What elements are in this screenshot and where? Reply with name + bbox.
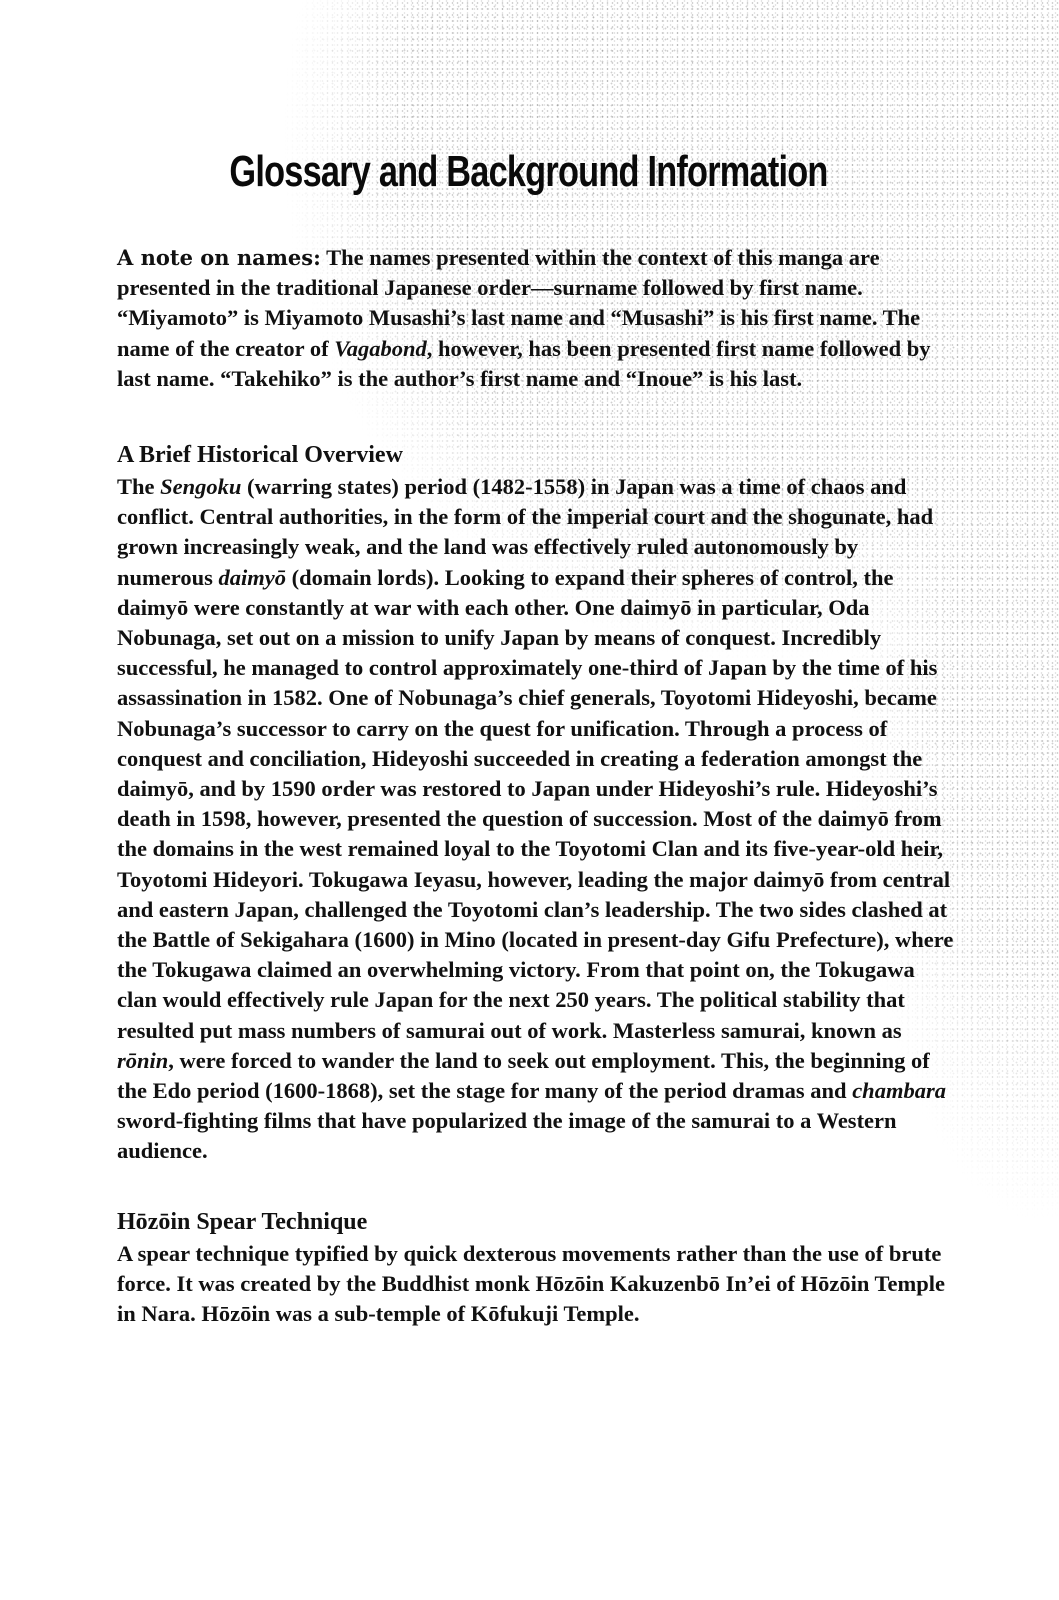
- page-title: Glossary and Background Information: [116, 147, 942, 197]
- note-lead: A note on names:: [117, 245, 321, 270]
- italic-term: chambara: [852, 1078, 946, 1103]
- italic-term: daimyō: [218, 565, 286, 590]
- italic-term: rōnin: [117, 1048, 168, 1073]
- text-run: The: [117, 474, 160, 499]
- book-page: Glossary and Background Information A no…: [0, 0, 1059, 1600]
- section-heading: A Brief Historical Overview: [117, 438, 957, 472]
- note-on-names-paragraph: A note on names: The names presented wit…: [117, 243, 957, 394]
- text-run: , were forced to wander the land to seek…: [117, 1048, 930, 1103]
- section-historical-overview: A Brief Historical Overview The Sengoku …: [117, 438, 957, 1167]
- section-body: A spear technique typified by quick dext…: [117, 1239, 957, 1330]
- text-run: A spear technique typified by quick dext…: [117, 1241, 945, 1326]
- section-heading: Hōzōin Spear Technique: [117, 1205, 957, 1239]
- text-run: sword-fighting films that have populariz…: [117, 1108, 897, 1163]
- note-italic-vagabond: Vagabond: [334, 336, 427, 361]
- text-run: (domain lords). Looking to expand their …: [117, 565, 953, 1043]
- section-body: The Sengoku (warring states) period (148…: [117, 472, 957, 1167]
- italic-term: Sengoku: [160, 474, 241, 499]
- section-hozoin-spear-technique: Hōzōin Spear Technique A spear technique…: [117, 1205, 957, 1330]
- page-content: A note on names: The names presented wit…: [117, 243, 957, 1367]
